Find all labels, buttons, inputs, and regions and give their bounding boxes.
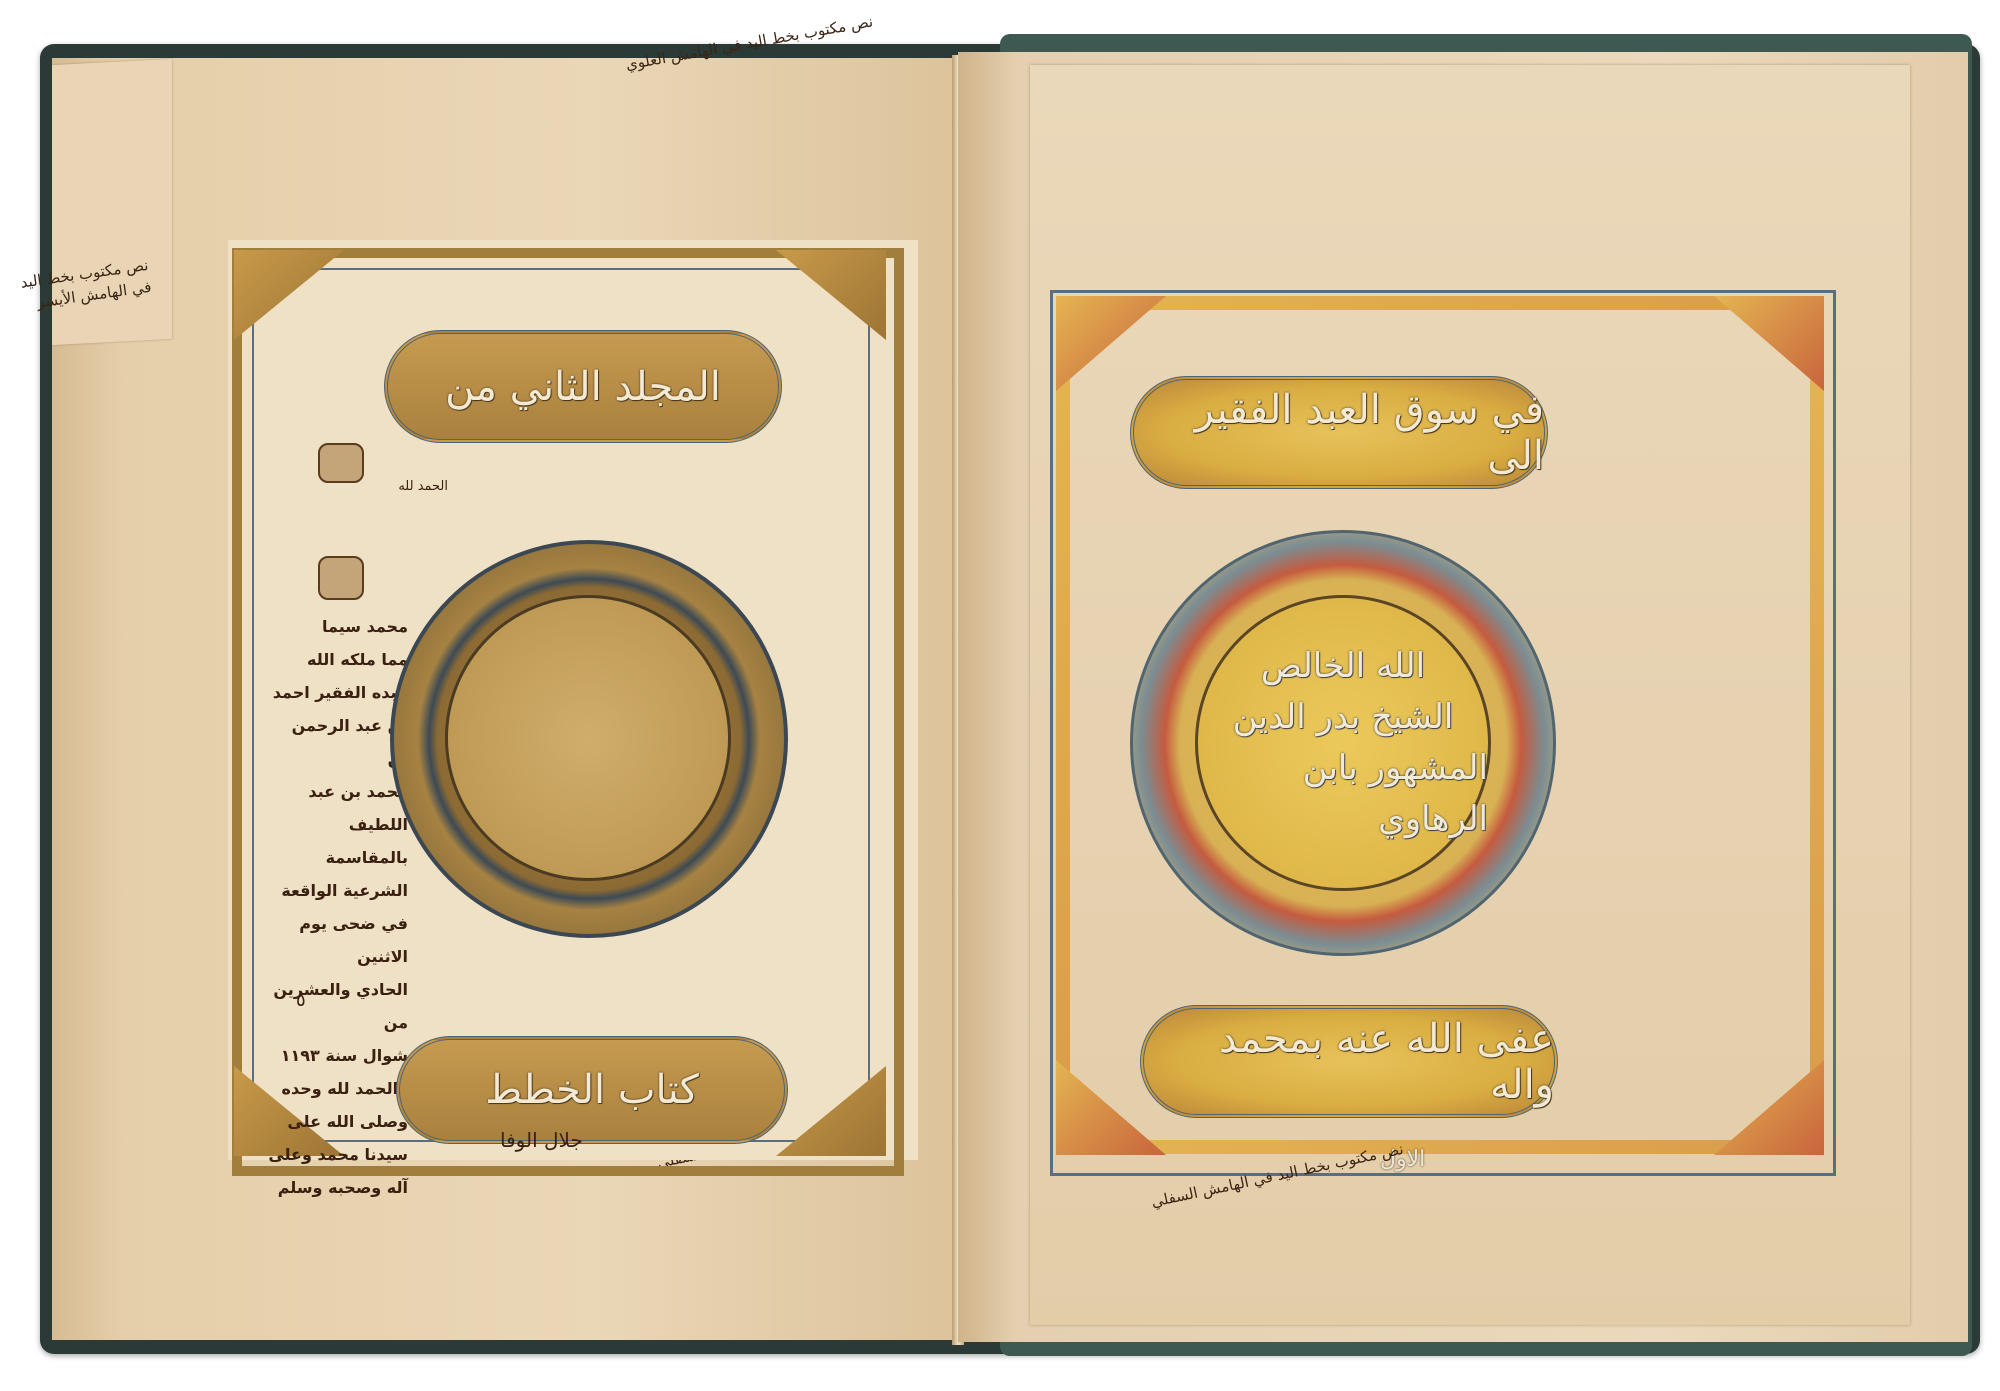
left-bottom-cartouche: كتاب الخطط [396, 1036, 788, 1144]
owner-seal-1 [318, 443, 364, 483]
right-top-cartouche: في سوق العبد الفقير الى [1130, 376, 1548, 489]
owner-seal-2 [318, 556, 364, 600]
medallion-line-1: الله الخالص [1261, 641, 1425, 692]
right-bottom-cartouche: عفى الله عنه بمحمد واله [1140, 1005, 1558, 1118]
right-gold-band-left [1056, 296, 1070, 1154]
medallion-line-2: الشيخ بدر الدين [1233, 692, 1454, 743]
medallion-line-3: المشهور بابن الرهاوي [1198, 743, 1488, 845]
right-gold-band-top [1056, 296, 1824, 310]
left-medallion-center [445, 595, 731, 881]
left-top-cartouche: المجلد الثاني من [384, 330, 782, 443]
right-gold-band-bottom [1056, 1140, 1824, 1154]
ownership-note: محمد سيما مما ملكه الله عبده الفقير احمد… [268, 610, 408, 1204]
ownership-number: ٥ [296, 990, 306, 1011]
right-gold-band-right [1810, 296, 1824, 1154]
below-frame-signature: جلال الوفا [500, 1128, 583, 1152]
right-medallion-center: الله الخالص الشيخ بدر الدين المشهور بابن… [1195, 595, 1491, 891]
ownership-heading: الحمد لله [268, 478, 448, 495]
